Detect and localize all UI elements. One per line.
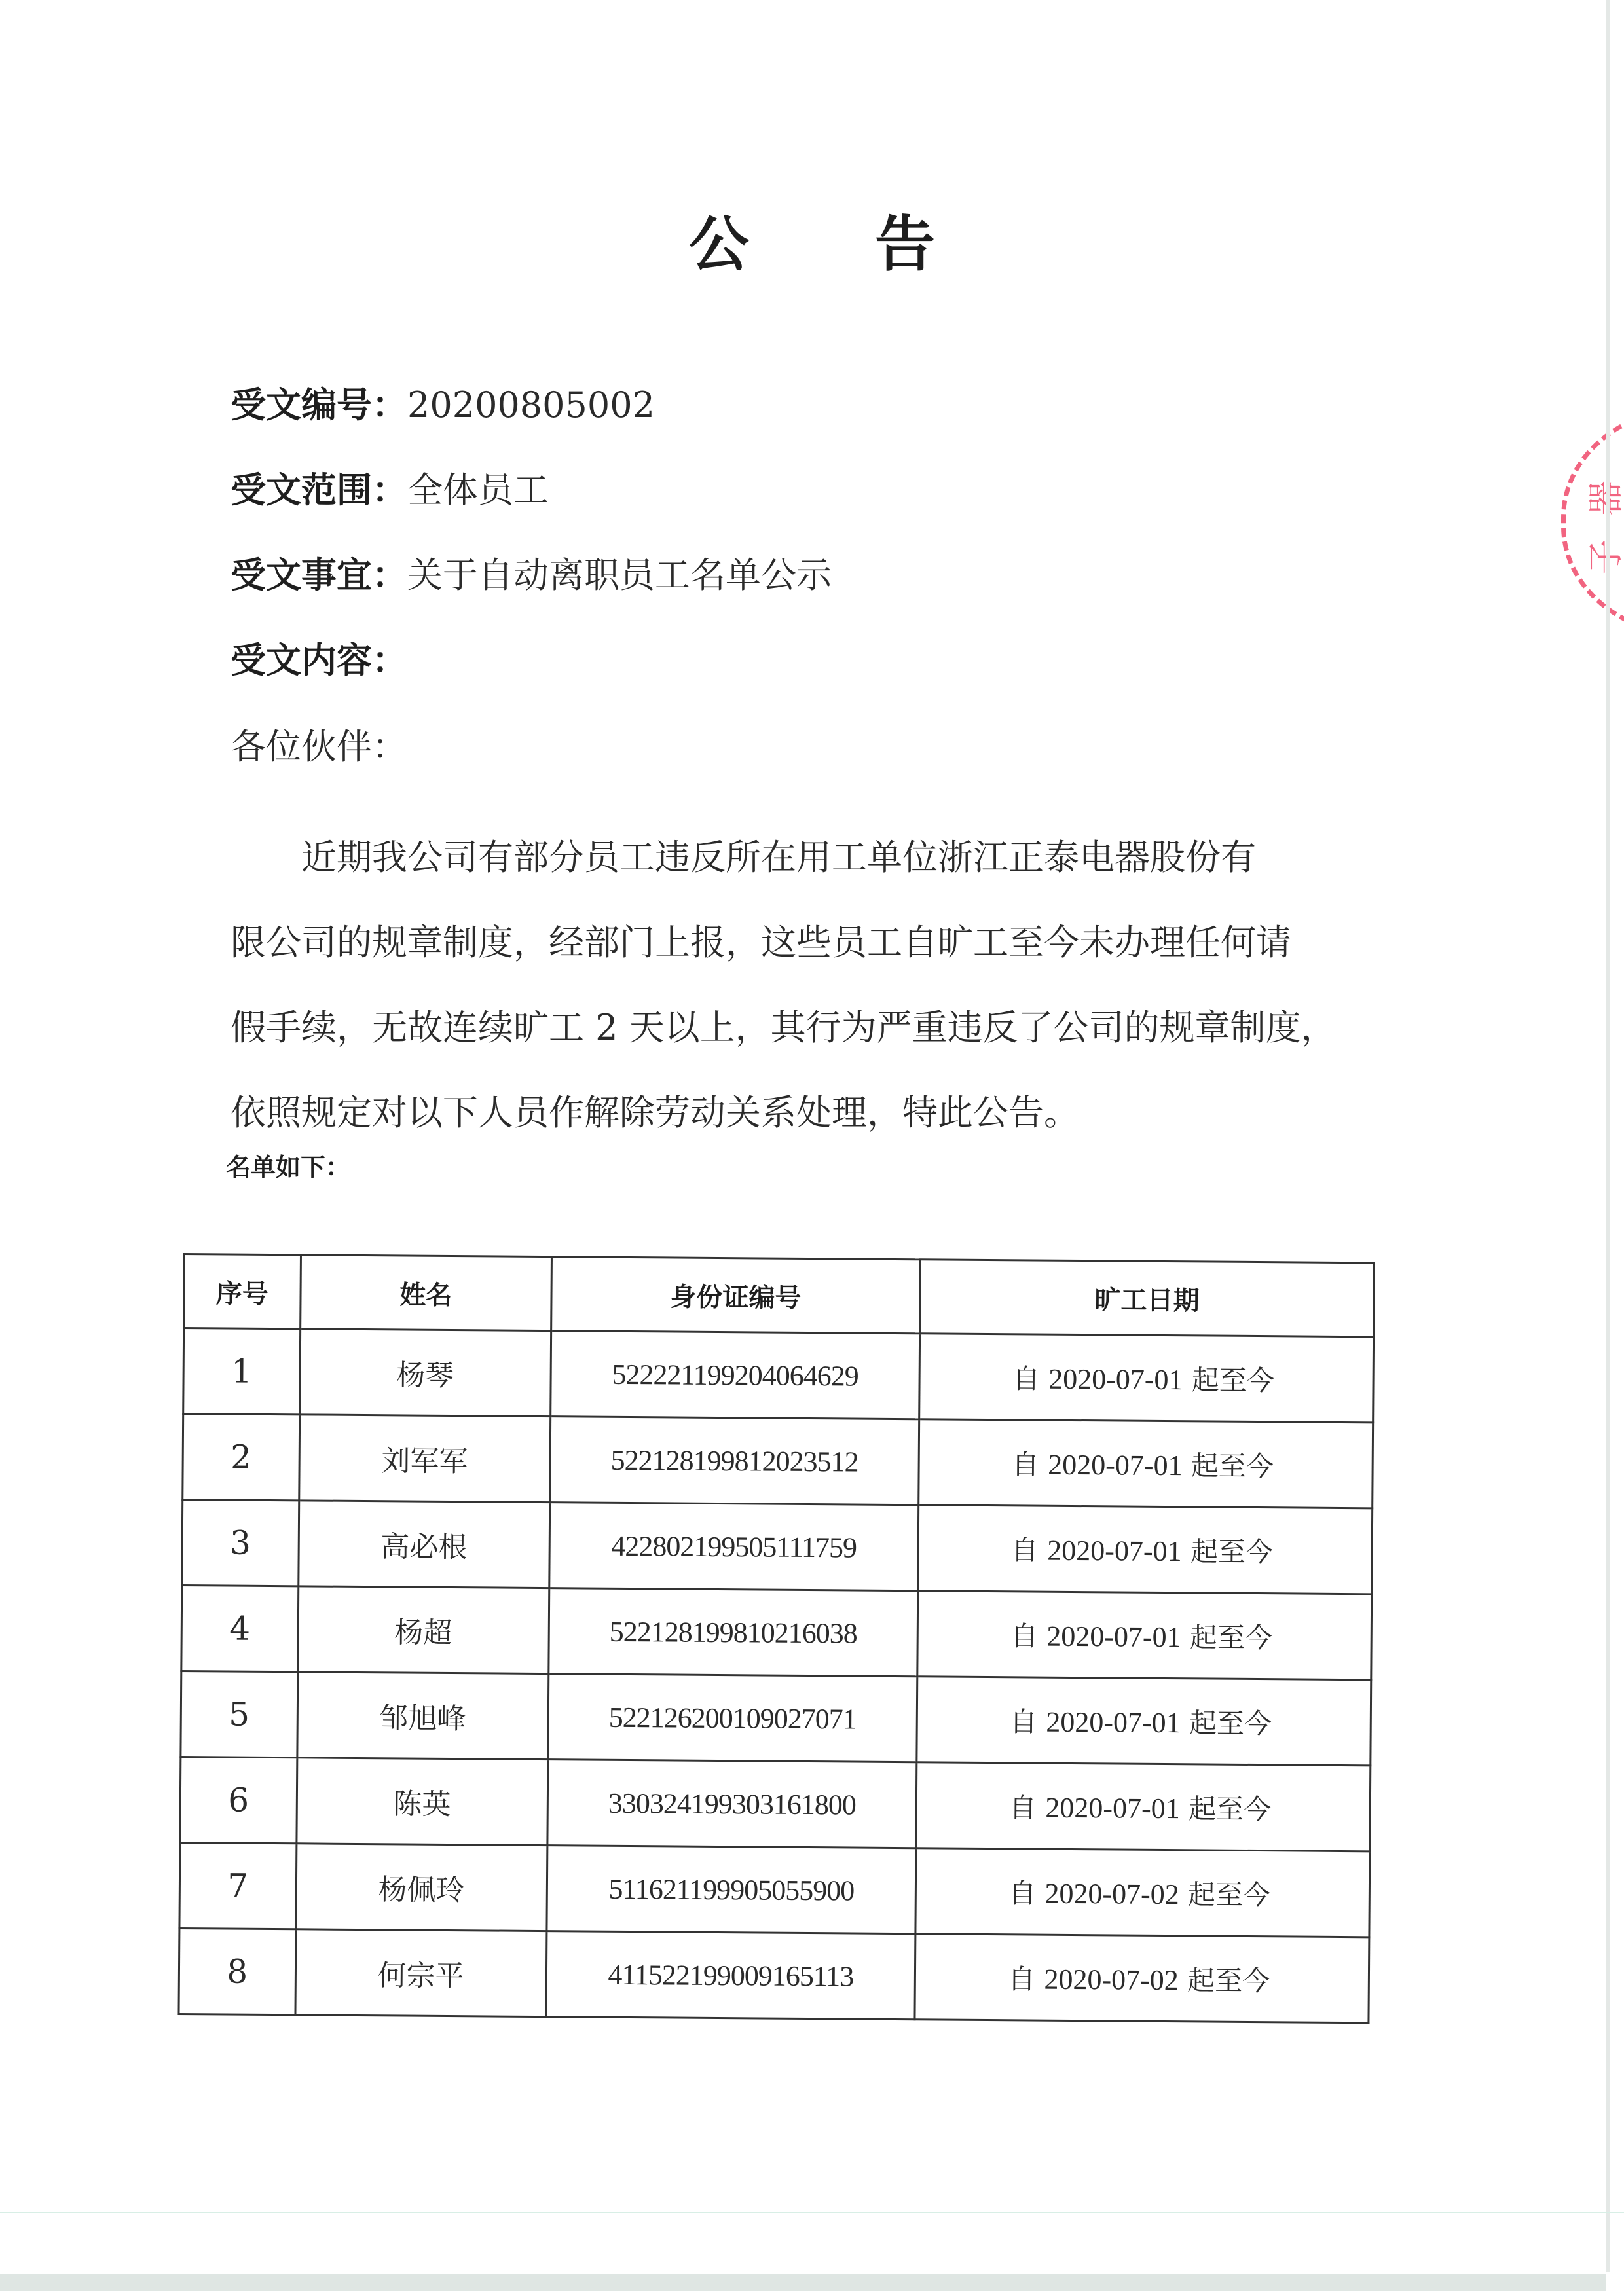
table-row: 3 高必根 422802199505111759 自 2020-07-01 起至… (182, 1500, 1373, 1594)
scan-artifact-line (0, 2212, 1624, 2213)
header-id-number: 身份证编号 (551, 1257, 920, 1334)
date-value: 2020-07-01 (1047, 1535, 1182, 1568)
date-value: 2020-07-01 (1046, 1620, 1181, 1654)
date-value: 2020-07-01 (1048, 1449, 1183, 1482)
date-value: 2020-07-01 (1045, 1792, 1180, 1825)
date-prefix: 自 (1012, 1362, 1040, 1394)
cell-id-number: 522128199812023512 (549, 1417, 919, 1505)
meta-label: 受文编号： (231, 384, 407, 426)
date-prefix: 自 (1008, 1877, 1036, 1909)
cell-name: 高必根 (298, 1501, 549, 1588)
meta-value: 全体员工 (407, 469, 549, 511)
date-prefix: 自 (1010, 1705, 1037, 1738)
cell-seq: 1 (183, 1328, 301, 1415)
company-seal-stamp: 器 子 (1561, 406, 1624, 638)
meta-value: 关于自动离职员工名单公示 (407, 555, 832, 596)
seal-char: 子 (1578, 539, 1624, 575)
cell-id-number: 522221199204064629 (550, 1331, 919, 1419)
table-row: 2 刘军军 522128199812023512 自 2020-07-01 起至… (183, 1414, 1373, 1508)
date-suffix: 起至今 (1187, 1964, 1270, 1997)
cell-name: 何宗平 (295, 1929, 547, 2017)
meta-value: 20200805002 (407, 384, 655, 426)
date-suffix: 起至今 (1191, 1449, 1274, 1482)
cell-name: 刘军军 (299, 1415, 550, 1503)
absentee-table: 序号 姓名 身份证编号 旷工日期 1 杨琴 522221199204064629… (177, 1253, 1375, 2024)
table-header-row: 序号 姓名 身份证编号 旷工日期 (184, 1254, 1375, 1337)
table-row: 6 陈英 330324199303161800 自 2020-07-01 起至今 (180, 1757, 1371, 1851)
date-value: 2020-07-02 (1044, 1963, 1179, 1997)
meta-scope: 受文范围：全体员工 (231, 469, 549, 512)
cell-absence-date: 自 2020-07-01 起至今 (916, 1762, 1371, 1851)
seal-char: 器 (1578, 481, 1624, 516)
date-value: 2020-07-02 (1044, 1878, 1179, 1911)
table-row: 4 杨超 522128199810216038 自 2020-07-01 起至今 (181, 1585, 1372, 1679)
scan-edge-right (1606, 0, 1610, 2272)
date-suffix: 起至今 (1190, 1621, 1272, 1654)
date-suffix: 起至今 (1189, 1707, 1272, 1740)
cell-seq: 4 (181, 1585, 299, 1671)
date-value: 2020-07-01 (1048, 1363, 1183, 1396)
greeting: 各位伙伴： (231, 725, 407, 769)
cell-absence-date: 自 2020-07-01 起至今 (919, 1334, 1374, 1423)
cell-id-number: 411522199009165113 (546, 1931, 915, 2020)
cell-name: 杨佩玲 (296, 1844, 547, 1931)
cell-absence-date: 自 2020-07-02 起至今 (915, 1934, 1369, 2023)
body-paragraph: 近期我公司有部分员工违反所在用工单位浙江正泰电器股份有 限公司的规章制度，经部门… (231, 815, 1396, 1156)
date-prefix: 自 (1011, 1534, 1039, 1566)
date-suffix: 起至今 (1189, 1793, 1271, 1825)
header-name: 姓名 (300, 1255, 551, 1331)
cell-absence-date: 自 2020-07-01 起至今 (917, 1677, 1371, 1766)
cell-id-number: 522128199810216038 (549, 1588, 918, 1677)
date-value: 2020-07-01 (1046, 1706, 1181, 1740)
header-seq: 序号 (184, 1254, 301, 1329)
table-row: 7 杨佩玲 511621199905055900 自 2020-07-02 起至… (179, 1842, 1370, 1937)
cell-id-number: 522126200109027071 (548, 1674, 917, 1762)
meta-content: 受文内容： (231, 639, 407, 682)
scan-edge-bottom (0, 2274, 1606, 2291)
body-line: 依照规定对以下人员作解除劳动关系处理，特此公告。 (231, 1070, 1396, 1156)
document-page: 公 告 受文编号：20200805002 受文范围：全体员工 受文事宜：关于自动… (0, 0, 1624, 2296)
body-line: 限公司的规章制度，经部门上报，这些员工自旷工至今未办理任何请 (231, 900, 1396, 985)
date-suffix: 起至今 (1190, 1535, 1273, 1568)
cell-id-number: 330324199303161800 (547, 1760, 917, 1848)
meta-label: 受文范围： (231, 469, 407, 511)
date-prefix: 自 (1009, 1791, 1037, 1823)
cell-seq: 2 (183, 1414, 300, 1501)
table-row: 8 何宗平 411522199009165113 自 2020-07-02 起至… (179, 1928, 1369, 2022)
date-suffix: 起至今 (1192, 1364, 1274, 1396)
cell-absence-date: 自 2020-07-01 起至今 (917, 1591, 1372, 1680)
cell-name: 邹旭峰 (297, 1672, 548, 1760)
document-title: 公 告 (0, 196, 1624, 283)
table-row: 5 邹旭峰 522126200109027071 自 2020-07-01 起至… (181, 1671, 1371, 1765)
cell-id-number: 511621199905055900 (547, 1846, 916, 1934)
cell-seq: 7 (179, 1842, 297, 1929)
cell-absence-date: 自 2020-07-01 起至今 (918, 1505, 1373, 1594)
list-label: 名单如下： (226, 1147, 350, 1183)
cell-name: 陈英 (297, 1758, 548, 1846)
meta-subject: 受文事宜：关于自动离职员工名单公示 (231, 554, 832, 597)
cell-id-number: 422802199505111759 (549, 1503, 918, 1591)
cell-name: 杨琴 (299, 1329, 551, 1417)
cell-seq: 6 (180, 1757, 297, 1843)
cell-seq: 3 (182, 1500, 299, 1586)
date-prefix: 自 (1010, 1620, 1038, 1652)
cell-seq: 8 (179, 1928, 296, 2014)
cell-absence-date: 自 2020-07-02 起至今 (915, 1848, 1370, 1937)
header-absence-date: 旷工日期 (920, 1260, 1375, 1337)
body-line: 近期我公司有部分员工违反所在用工单位浙江正泰电器股份有 (231, 815, 1396, 900)
cell-name: 杨超 (297, 1586, 549, 1674)
table-row: 1 杨琴 522221199204064629 自 2020-07-01 起至今 (183, 1328, 1374, 1423)
body-line: 假手续，无故连续旷工 2 天以上，其行为严重违反了公司的规章制度， (231, 985, 1396, 1070)
date-prefix: 自 (1008, 1963, 1035, 1995)
date-prefix: 自 (1012, 1448, 1039, 1480)
cell-absence-date: 自 2020-07-01 起至今 (919, 1419, 1373, 1508)
cell-seq: 5 (181, 1671, 298, 1757)
meta-label: 受文内容： (231, 640, 407, 681)
meta-label: 受文事宜： (231, 555, 407, 596)
date-suffix: 起至今 (1188, 1878, 1270, 1911)
meta-document-number: 受文编号：20200805002 (231, 384, 655, 427)
